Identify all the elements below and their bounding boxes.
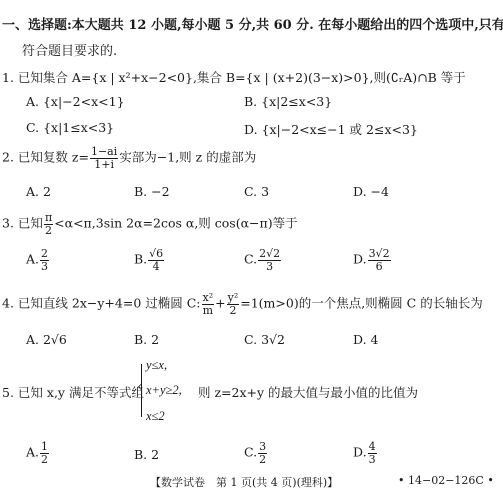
fraction-denominator: 6 (368, 261, 391, 273)
fraction-numerator: 1 (40, 441, 49, 454)
q4-option-d[interactable]: D. 4 (353, 332, 378, 347)
question-number: 4. (2, 296, 14, 311)
q5-option-b[interactable]: B. 2 (134, 447, 159, 462)
q5-option-c[interactable]: C.32 (244, 441, 268, 465)
fraction: y²2 (227, 292, 240, 316)
fraction-denominator: 2 (40, 454, 49, 466)
fraction-denominator: 2 (227, 305, 240, 317)
option-label: C. (244, 252, 257, 267)
q3-option-b[interactable]: B.√64 (134, 248, 165, 272)
option-label: B. (134, 447, 147, 462)
fraction-numerator: x² (202, 292, 215, 305)
option-label: B. (134, 252, 147, 267)
question-2-stem: 2. 已知复数 z=1−ai1+i实部为−1,则 z 的虚部为 (2, 146, 256, 170)
q1-option-c[interactable]: C. {x|1≤x<3} (26, 120, 114, 135)
question-5-stem-post: 则 z=2x+y 的最大值与最小值的比值为 (198, 383, 418, 401)
fraction-numerator: π (44, 212, 53, 225)
q3-option-c[interactable]: C.2√23 (244, 248, 282, 272)
option-value: 2 (151, 447, 159, 462)
plus-sign: + (215, 296, 225, 311)
question-text: 已知 (18, 216, 43, 231)
q3-option-a[interactable]: A.23 (26, 248, 50, 272)
q4-option-c[interactable]: C. 3√2 (244, 332, 285, 347)
option-label: D. (353, 252, 367, 267)
question-text: 已知 x,y 满足不等式组 (18, 385, 144, 400)
q4-option-a[interactable]: A. 2√6 (26, 332, 67, 347)
fraction-denominator: 3 (40, 261, 49, 273)
fraction-denominator: 1+i (90, 159, 118, 171)
option-label: C. (244, 445, 257, 460)
fraction-numerator: 3√2 (368, 248, 391, 261)
question-5-stem-pre: 5. 已知 x,y 满足不等式组 (2, 383, 144, 401)
page-footer-title: 【数学试卷 第 1 页(共 4 页)(理科)】 (150, 474, 338, 490)
question-3-stem: 3. 已知π2<α<π,3sin 2α=2cos α,则 cos(α−π)等于 (2, 212, 298, 236)
question-text: 已知复数 z= (18, 150, 89, 165)
fraction-denominator: 3 (368, 454, 377, 466)
fraction-denominator: 2 (258, 454, 267, 466)
fraction: 1−ai1+i (90, 146, 118, 170)
q2-option-b[interactable]: B. −2 (134, 184, 170, 199)
fraction-numerator: 1−ai (90, 146, 118, 159)
question-number: 1. (2, 70, 14, 85)
q4-option-b[interactable]: B. 2 (134, 332, 159, 347)
fraction-denominator: 3 (258, 261, 281, 273)
fraction: 43 (368, 441, 377, 465)
question-text: 实部为−1,则 z 的虚部为 (119, 150, 256, 165)
fraction-numerator: √6 (148, 248, 164, 261)
question-text: <α<π,3sin 2α=2cos α,则 cos(α−π)等于 (54, 216, 297, 231)
q1-option-b[interactable]: B. {x|2≤x<3} (244, 94, 332, 109)
fraction-numerator: 2 (40, 248, 49, 261)
fraction: 32 (258, 441, 267, 465)
fraction-denominator: 4 (148, 261, 164, 273)
system-line-2: x+y≥2, (146, 383, 182, 398)
fraction: 3√26 (368, 248, 391, 272)
fraction-numerator: y² (227, 292, 240, 305)
option-label: D. (353, 445, 367, 460)
fraction-numerator: 3 (258, 441, 267, 454)
section-header-line1: 一、选择题:本大题共 12 小题,每小题 5 分,共 60 分. 在每小题给出的… (2, 14, 503, 33)
q1-option-a[interactable]: A. {x|−2<x<1} (26, 94, 125, 109)
question-number: 3. (2, 216, 14, 231)
fraction-denominator: m (202, 305, 215, 317)
system-line-3: x≤2 (146, 409, 165, 424)
system-line-1: y≤x, (146, 358, 167, 373)
fraction: π2 (44, 212, 53, 236)
fraction: 23 (40, 248, 49, 272)
fraction-numerator: 2√2 (258, 248, 281, 261)
page-footer-code: • 14−02−126C • (398, 474, 494, 487)
q2-option-d[interactable]: D. −4 (353, 184, 389, 199)
option-label: A. (26, 445, 39, 460)
q5-option-a[interactable]: A.12 (26, 441, 50, 465)
question-number: 5. (2, 385, 14, 400)
q1-option-d[interactable]: D. {x|−2<x≤−1 或 2≤x<3} (244, 120, 418, 138)
q2-option-a[interactable]: A. 2 (26, 184, 51, 199)
fraction: 12 (40, 441, 49, 465)
section-header-line2: 符合题目要求的. (22, 40, 117, 59)
fraction: 2√23 (258, 248, 281, 272)
fraction: x²m (202, 292, 215, 316)
question-4-stem: 4. 已知直线 2x−y+4=0 过椭圆 C:x²m+y²2=1(m>0)的一个… (2, 292, 483, 316)
option-label: A. (26, 252, 39, 267)
q2-option-c[interactable]: C. 3 (244, 184, 269, 199)
question-1-stem: 1. 已知集合 A={x | x²+x−2<0},集合 B={x | (x+2)… (2, 68, 466, 86)
question-number: 2. (2, 150, 14, 165)
fraction: √64 (148, 248, 164, 272)
q3-option-d[interactable]: D.3√26 (353, 248, 392, 272)
question-text: =1(m>0)的一个焦点,则椭圆 C 的长轴长为 (240, 296, 482, 311)
question-text: 已知直线 2x−y+4=0 过椭圆 C: (18, 296, 201, 311)
question-text: 已知集合 A={x | x²+x−2<0},集合 B={x | (x+2)(3−… (18, 70, 466, 85)
q5-option-d[interactable]: D.43 (353, 441, 378, 465)
fraction-numerator: 4 (368, 441, 377, 454)
fraction-denominator: 2 (44, 225, 53, 237)
